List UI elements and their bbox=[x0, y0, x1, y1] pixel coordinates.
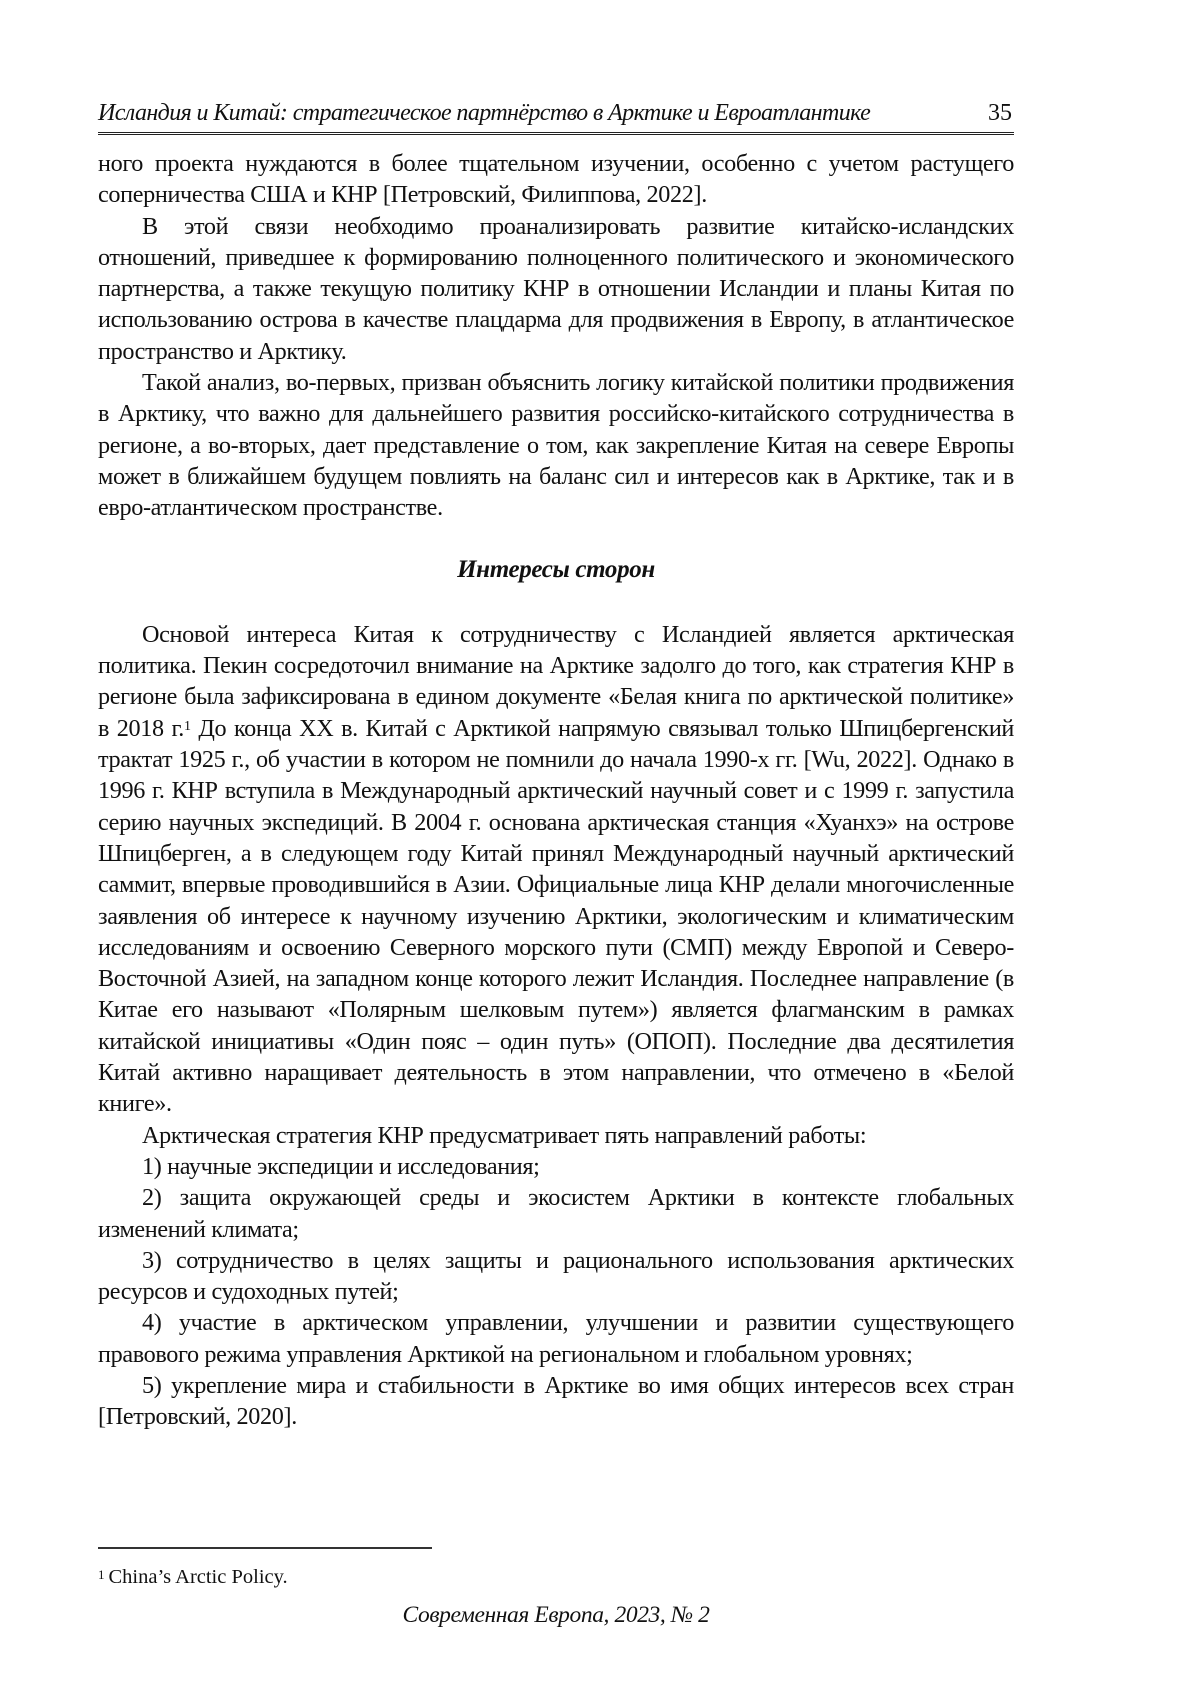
list-item: 4) участие в арктическом управлении, улу… bbox=[98, 1307, 1014, 1370]
footnote-ref[interactable]: 1 bbox=[184, 719, 191, 734]
paragraph-text: До конца XX в. Китай с Арктикой напрямую… bbox=[98, 715, 1014, 1118]
paragraph: Арктическая стратегия КНР предусматривае… bbox=[98, 1120, 1014, 1151]
article-body: ного проекта нуждаются в более тщательно… bbox=[98, 148, 1014, 1433]
page-number: 35 bbox=[988, 100, 1012, 127]
paragraph: В этой связи необходимо проанализировать… bbox=[98, 211, 1014, 367]
footnote-divider bbox=[98, 1547, 432, 1549]
footnote: 1China’s Arctic Policy. bbox=[98, 1566, 288, 1589]
paragraph: Такой анализ, во-первых, призван объясни… bbox=[98, 367, 1014, 523]
journal-footer: Современная Европа, 2023, № 2 bbox=[98, 1602, 1014, 1629]
paragraph: Основой интереса Китая к сотрудничеству … bbox=[98, 619, 1014, 1120]
paragraph: ного проекта нуждаются в более тщательно… bbox=[98, 148, 1014, 211]
running-head-title: Исландия и Китай: стратегическое партнёр… bbox=[98, 100, 870, 127]
running-head: Исландия и Китай: стратегическое партнёр… bbox=[98, 98, 1014, 135]
list-item: 5) укрепление мира и стабильности в Аркт… bbox=[98, 1370, 1014, 1433]
list-item: 2) защита окружающей среды и экосистем А… bbox=[98, 1182, 1014, 1245]
list-item: 3) сотрудничество в целях защиты и рацио… bbox=[98, 1245, 1014, 1308]
footnote-mark: 1 bbox=[98, 1567, 105, 1582]
footnote-text: China’s Arctic Policy. bbox=[109, 1566, 288, 1588]
section-heading: Интересы сторон bbox=[98, 554, 1014, 585]
list-item: 1) научные экспедиции и исследования; bbox=[98, 1151, 1014, 1182]
